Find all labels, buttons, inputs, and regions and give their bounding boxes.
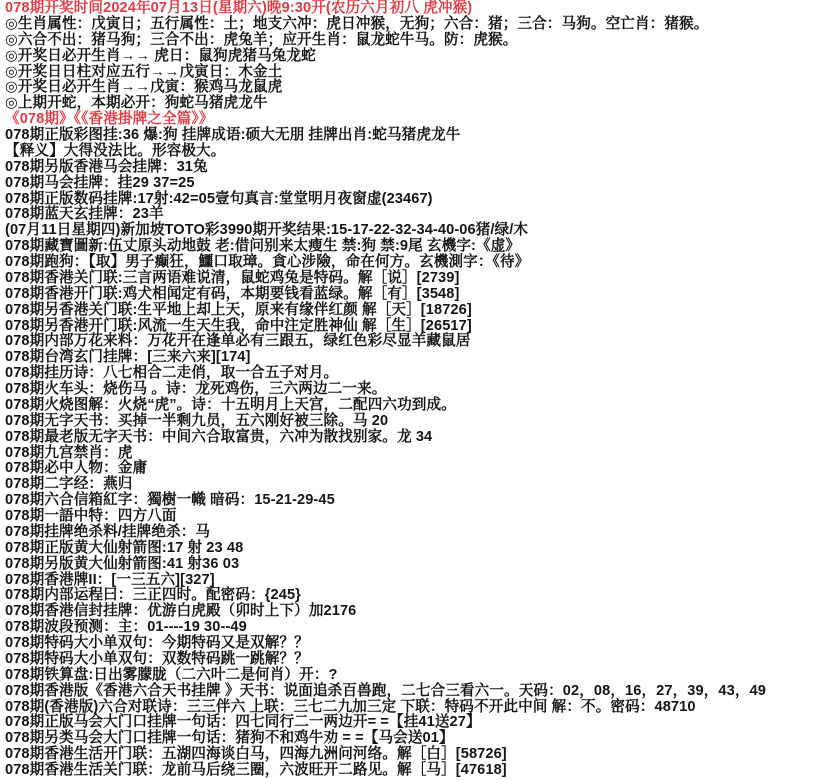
text-line: 078期必中人物：金庸	[5, 461, 814, 477]
text-line: 078期一語中特：四方八面	[5, 509, 814, 525]
text-line: 078期蓝天玄挂牌：23羊	[5, 207, 814, 223]
text-line: 078期内部运程曰：三正四时。配密码：{245}	[5, 588, 814, 604]
text-line: 078期火烧图解：火烧“虎”。诗：十五明月上天宫，二配四六功到成。	[5, 398, 814, 414]
text-line: 078期无字天书：买掉一半剩九员，五六刚好被三除。马 20	[5, 414, 814, 430]
text-line: 078期正版数码挂牌:17射:42=05壹句真言:堂堂明月夜窗虚(23467)	[5, 192, 814, 208]
text-line: 078期(香港版)六合对联诗：三三伴六 上联：三七二九加三定 下联：特码不开此中…	[5, 700, 814, 716]
text-line: 【释义】大得没法比。形容极大。	[5, 144, 814, 160]
text-line: 078期火车头：烧伤马 。诗：龙死鸡伤，三六两边二一来。	[5, 382, 814, 398]
text-line: ◎开奖日必开生肖→→ 虎日：鼠狗虎猪马兔龙蛇	[5, 49, 814, 65]
text-line: 078期特码大小单双句：今期特码又是双解？？	[5, 636, 814, 652]
text-line: 078期特码大小单双句：双数特码跳一跳解？？	[5, 652, 814, 668]
text-line: 078期正版彩图挂:36 爆:狗 挂牌成语:硕大无朋 挂牌出肖:蛇马猪虎龙牛	[5, 128, 814, 144]
text-line: 078期香港牌II：[一三五六][327]	[5, 573, 814, 589]
text-line: 078期六合信箱紅字：獨樹一幟 暗码：15-21-29-45	[5, 493, 814, 509]
text-line: 078期挂历诗：八七相合二走俏，取一合五子对月。	[5, 366, 814, 382]
text-line: 078期马会挂牌：挂29 37=25	[5, 176, 814, 192]
text-line: ◎开奖日必开生肖→→戊寅：猴鸡马龙鼠虎	[5, 80, 814, 96]
text-line: 078期另香港开门联:风流一生天生我，命中注定胜神仙 解［生］[26517]	[5, 319, 814, 335]
heading-line: 《078期》《《香港掛牌之全篇》》	[5, 112, 814, 128]
heading-line: 078期开奖时间2024年07月13日(星期六)晚9:30开(农历六月初八 虎冲…	[5, 1, 814, 17]
text-line: (07月11日星期四)新加坡TOTO彩3990期开奖结果:15-17-22-32…	[5, 223, 814, 239]
text-line: 078期另类马会大门口挂牌一句话：猪狗不和鸡牛劝 = =【马会送01】	[5, 731, 814, 747]
text-line: 078期内部万花来料：万花开在逢单必有三跟五，绿红色彩尽显羊藏鼠居	[5, 334, 814, 350]
text-line: 078期挂牌绝杀料/挂牌绝杀：马	[5, 525, 814, 541]
text-line: ◎开奖日日柱对应五行→→戊寅日：木金土	[5, 65, 814, 81]
text-line: 078期二字经：燕归	[5, 477, 814, 493]
text-line: 078期另香港关门联:生平地上却上天，原来有缘伴红颜 解［天］[18726]	[5, 303, 814, 319]
text-line: 078期九宫禁肖：虎	[5, 446, 814, 462]
text-lines-container: 078期开奖时间2024年07月13日(星期六)晚9:30开(农历六月初八 虎冲…	[5, 1, 814, 779]
lottery-tips-page: 078期开奖时间2024年07月13日(星期六)晚9:30开(农历六月初八 虎冲…	[0, 0, 814, 780]
text-line: 078期正版马会大门口挂牌一句话：四七同行二一两边开= =【挂41送27】	[5, 715, 814, 731]
text-line: 078期香港生活关门联：龙前马后绕三圈，六波旺开二路见。解［马］[47618]	[5, 763, 814, 779]
text-line: 078期铁算盘:日出雾朦胧（二六叶二是何肖）开：?	[5, 668, 814, 684]
text-line: 078期另版香港马会挂牌：31兔	[5, 160, 814, 176]
text-line: 078期跑狗：【取】男子癫狂，鱷口取璋。貪心涉險，命在何方。玄機測字：《待》	[5, 255, 814, 271]
text-line: ◎六合不出：猪马狗；三合不出：虎兔羊；应开生肖：鼠龙蛇牛马。防：虎猴。	[5, 33, 814, 49]
text-line: ◎上期开蛇，本期必开：狗蛇马猪虎龙牛	[5, 96, 814, 112]
text-line: 078期香港信封挂牌：优游白虎殿（卯时上下）加2176	[5, 604, 814, 620]
text-line: 078期台湾玄门挂牌：[三来六来][174]	[5, 350, 814, 366]
text-line: ◎生肖属性：戊寅日；五行属性：土；地支六冲：虎日冲猴，无狗；六合：猪；三合：马狗…	[5, 17, 814, 33]
text-line: 078期正版黄大仙射箭图:17 射 23 48	[5, 541, 814, 557]
text-line: 078期另版黄大仙射箭图:41 射36 03	[5, 557, 814, 573]
text-line: 078期最老版无字天书：中间六合取富贵，六冲为散找别家。龙 34	[5, 430, 814, 446]
text-line: 078期香港版《香港六合天书挂牌 》天书：说面追杀百兽跑，二七合三看六一。天码：…	[5, 684, 814, 700]
text-line: 078期香港生活开门联：五湖四海谈白马，四海九洲问河络。解［白］[58726]	[5, 747, 814, 763]
text-line: 078期香港关门联:三言两语难说清，鼠蛇鸡兔是特码。解［说］[2739]	[5, 271, 814, 287]
text-line: 078期香港开门联:鸡犬相闻定有码，本期要钱看蓝绿。解［有］[3548]	[5, 287, 814, 303]
text-line: 078期波段预测：主：01----19 30--49	[5, 620, 814, 636]
text-line: 078期藏寶圖新:伍丈原头动地鼓 老:借问别来太瘦生 禁:狗 禁:9尾 玄機字:…	[5, 239, 814, 255]
